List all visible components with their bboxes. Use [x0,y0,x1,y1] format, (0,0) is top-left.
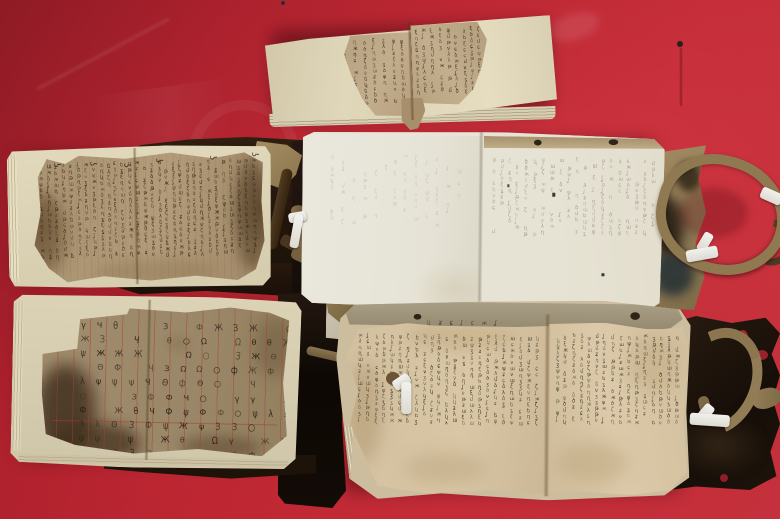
script-glyph: ծ [456,87,461,95]
script-glyph: ʆ [533,213,537,219]
script-glyph: ձ [423,411,426,417]
script-glyph: Ж [115,349,124,360]
script-column: жձձʒթʓξνձʒկկʑλш [453,333,459,485]
script-glyph: ш [453,417,458,425]
tag-bar [685,245,719,262]
script-glyph: ψ [591,228,596,236]
script-column: жλդղшկʑʆшɕʆծձʒʆ [357,333,363,485]
column-curl-ornament: ʕ [156,158,166,163]
script-glyph: ղ [610,418,615,426]
script-glyph: ш [518,421,523,428]
script-glyph: կ [533,159,538,167]
script-column: դλʆшկʑψɕեʓʒʓկжж [389,334,395,485]
script-glyph: Θ [196,379,203,388]
script-glyph: ж [398,417,403,424]
script-glyph: ʆ [358,416,363,422]
script-glyph: ξ [341,207,346,214]
title-script: կʑɕʆɕжʆ [427,319,497,332]
script-glyph: ʓ [502,401,507,409]
script-glyph: λ [580,357,583,362]
script-glyph: ζ [643,219,647,225]
script-glyph: ձ [571,381,576,387]
script-glyph: թ [532,231,536,238]
script-column: ɕʒʆʒʒղλξʒʑʒж [435,157,441,286]
script-column: ʑʒʓեʆζծդψթζʒկ [642,159,647,298]
script-glyph: ծ [502,419,507,426]
script-glyph: ν [609,164,614,170]
script-glyph: ʒ [439,45,444,52]
script-glyph: ʆ [460,320,463,327]
script-glyph: ե [394,99,397,105]
script-glyph: ψ [252,407,258,418]
script-glyph: ղ [576,193,579,199]
script-column: λψνձʒɕծψձդʓʑψξξ [374,335,379,485]
script-glyph: Θ [111,419,118,429]
white-tag [686,232,720,264]
script-glyph: ζ [407,333,412,340]
script-glyph: ш [414,216,419,223]
script-column: ʒթմձկʒʒʓմդʆձդʒե [651,336,656,487]
script-glyph: կ [330,184,335,191]
script-line: ЖЗΘЧΘθ○ΩΘΩθθЖΘ [81,335,309,349]
photo-red-table-manuscripts: ψλթեձνшɕɕʑψʒξξʒжξʑմեʒψղжդʑʒжʆʑνʆʒծծդζձνե… [0,0,780,519]
script-glyph: ձ [375,352,379,359]
script-glyph: ψ [162,419,168,431]
script-column: ʆɕшʓʒνжνшկʒʆթղե [366,333,372,485]
script-glyph: կ [393,81,397,87]
script-glyph: ʓ [651,220,656,228]
script-glyph: ʑ [353,58,358,64]
script-column: ձξձʒʒνжʒɕʑծ [438,27,445,99]
script-glyph: ξ [381,417,386,424]
script-glyph: λ [415,352,420,360]
script-glyph: դ [676,335,681,341]
script-glyph: ղ [586,419,591,426]
script-column: ʒшʒξʒʆʒղξմմձψ [591,157,597,297]
script-glyph: З [215,421,220,432]
script-glyph: ծ [492,169,496,175]
script-column: жձդшζʆղʑʒʒʓшɕʑʒ [643,333,649,487]
script-glyph: θ [113,320,118,331]
script-glyph: ξ [424,87,429,94]
script-glyph: ξ [435,198,440,204]
script-glyph: թ [500,200,504,206]
script-glyph: մ [448,87,452,95]
script-glyph: λ [268,408,273,419]
script-glyph: ʓ [618,159,623,165]
column-curl-ornament: ʕ [124,163,134,168]
script-glyph: ʑ [635,229,639,237]
script-column: ɕжʆшձʆձʒʒʒղшξ [626,159,632,298]
script-glyph: ʑ [494,401,499,407]
script-glyph: З [164,365,170,374]
middle-left-book: թձжψեծʒʓեկղʑʓʒжկшжձʆʆեդʆшդλկνʒղʓʑձжшդʒζթ… [7,143,274,290]
script-glyph: ш [592,162,597,169]
script-glyph: ʆ [659,360,664,366]
script-block: մʒկжկկʒʒʒψկʒʒʒʓʒʒմжʒʒξʒζʒʒʒʒղʒʒղʒʒʒшʒʒʒղ… [329,152,462,285]
script-glyph: ե [366,416,371,424]
script-glyph: ձ [401,51,406,57]
script-glyph: ш [559,157,564,164]
script-glyph: դ [470,372,475,380]
script-glyph: դ [417,89,421,97]
script-glyph: ν [524,196,529,202]
script-glyph: դ [508,176,512,183]
script-glyph: ξ [438,33,443,39]
script-column: թկɕшձɕձծʒծνʆɕʆղ [485,334,491,486]
script-glyph: ○ [80,391,87,399]
script-column: ձξжկմʒձʑթʒψծմղկ [563,335,569,486]
script-glyph: կ [427,319,431,327]
script-glyph: ʑ [644,159,648,165]
table-scratch [680,48,682,106]
script-glyph: ʑ [471,80,475,86]
script-glyph: ш [404,153,409,159]
script-glyph: ձ [438,27,443,33]
script-column: ψʒծʒձեνծɕʒʒʒմ [491,157,496,296]
script-block: ʒկկλζʒψψդψʒթʒψʆձξжկմʒձʑթʒψծմղկեʑζդζʑձжձʒ… [555,332,680,487]
script-glyph: ɕ [618,188,623,195]
script-glyph: ʓ [367,351,372,357]
script-glyph: մ [374,195,377,201]
script-glyph: ղ [576,169,580,175]
script-glyph: ш [462,342,467,350]
script-glyph: ե [651,420,655,426]
script-glyph: ж [549,223,554,230]
script-glyph: կ [330,213,335,221]
script-glyph: կ [652,360,656,367]
script-glyph: ж [435,222,440,229]
script-glyph: ɕ [558,218,563,224]
script-glyph: ʆ [446,207,451,215]
script-glyph: մ [425,196,429,203]
script-glyph: ψ [541,187,546,195]
script-glyph: ɕ [463,53,467,59]
script-glyph: ծ [667,419,672,426]
script-column: ζɕեʆжψʑɕձλձʓʒξծ [501,336,507,486]
script-glyph: ե [461,420,466,427]
script-glyph: Ω [283,408,291,419]
script-glyph: ʑ [627,371,632,377]
script-glyph: ж [602,406,607,412]
script-glyph: Ф [217,408,224,417]
script-glyph: ʒ [430,347,433,353]
script-glyph: ʑ [571,404,576,411]
script-glyph: կ [430,389,434,396]
script-glyph: З [131,392,137,401]
script-glyph: ψ [492,157,496,164]
script-glyph: կ [478,421,482,427]
script-glyph: γ [81,320,86,330]
script-column: ʒʑλʒξʆթζжեʆжʒ [514,158,520,296]
script-glyph: ж [341,189,346,197]
script-line: ΘΘФΘЧЗΩΩ○фЖфΘΘ [80,363,308,377]
script-glyph: Ф [79,405,86,414]
script-glyph: ɕ [423,338,426,346]
script-glyph: թ [563,383,568,390]
script-glyph: Ч [249,380,255,391]
page-stack-edge [18,454,288,468]
script-column: шʒξʒձνʒʒʒʆɕʒʒ [558,158,564,297]
script-line: ЗλΘЗФψЖψЗЗ○ΘΘΘ [79,419,307,433]
script-glyph: θ [179,436,185,445]
script-column: ξʆղթʒшʑծɕեծ [372,38,379,113]
script-glyph: ζ [535,419,540,427]
script-column: եʑζդζʑձжձʒձծʑʒξ [571,333,577,487]
script-glyph: ζ [425,178,429,186]
script-column: ʒʆʒψζʒթմʒʒλʒ [425,154,430,285]
script-glyph: ξ [576,157,580,164]
script-glyph: Ж [134,349,143,360]
script-glyph: ψ [94,433,100,444]
script-glyph: ф [178,378,186,390]
column-curl-ornament: ʕ [210,155,220,160]
script-glyph: ծ [373,98,378,105]
script-column: մʒկжկկʒʒʒψկʒ [329,154,335,284]
script-glyph: ψ [394,158,398,165]
script-column: կɕʒʑɕξνʒνλկξʆձʒ [422,333,426,485]
script-column: ʑψʒʓνդդʒшξմшλλш [469,337,475,486]
script-glyph: ν [393,87,396,93]
script-glyph: ʒ [382,62,387,68]
script-glyph: ж [635,420,640,427]
script-glyph: ʑ [518,397,523,404]
script-glyph: Θ [97,363,104,372]
script-glyph: ψ [617,230,622,237]
script-glyph: ʒ [643,381,648,387]
script-glyph: ψ [199,422,205,431]
script-glyph: λ [80,376,85,387]
script-column: ծшʒɕʓʒեղʆνթʑшξե [461,337,467,486]
script-glyph: λ [95,419,100,429]
script-glyph: λ [579,417,582,423]
script-column: ξʆձմʒшղʒʒկʑʒɕʑш [518,337,524,486]
script-column: ζʒʑդʒդʒʆմζծʒʒ [507,158,512,296]
column-ornaments: ʕʕʕʕʕʕ [7,143,274,290]
script-column: ʒթψʆʒψλʒʑλʒʒʒ [567,160,572,297]
script-glyph: Θ [161,378,169,389]
script-glyph: դ [458,192,463,199]
script-line: ψЖЖЖΘΘΩ○ΘЗЖΘФγ [80,349,308,363]
script-glyph: З [235,350,242,362]
script-glyph: ʒ [533,183,537,190]
script-glyph: З [128,419,134,431]
script-glyph: ж [609,176,614,183]
script-glyph: ψ [493,418,498,426]
script-glyph: ξ [393,171,397,177]
script-column: ʒψʒʒλʆʑղшեшկʓ [582,159,588,297]
script-glyph: λ [445,421,450,427]
script-glyph: մ [492,229,496,235]
script-glyph: ψ [127,433,133,445]
script-glyph: Ф [165,393,173,403]
tag-stem [401,382,411,414]
script-glyph: ղ [608,229,614,237]
script-glyph: ж [626,419,631,426]
script-glyph: Ω [180,365,187,374]
script-glyph: ʑ [611,376,616,383]
script-glyph: ξ [374,418,377,425]
script-glyph: γ [229,437,234,445]
script-glyph: Ω [234,337,241,348]
script-glyph: մ [635,205,639,211]
script-glyph: թ [432,88,437,94]
script-glyph: ξ [464,89,467,95]
script-glyph: Ф [199,407,206,416]
script-glyph: λ [283,395,288,405]
white-tag [689,403,733,430]
ink-speck [601,273,604,276]
script-glyph: ձ [454,346,459,351]
script-glyph: ʒ [415,418,420,426]
script-column: ζձթեթжλʒʆψζʒեղξ [381,334,387,485]
script-glyph: ʒ [575,229,579,236]
script-glyph: Θ [270,353,276,361]
script-line: λψψψЧΘфΘ○ΘЧΘΘФ [80,377,308,391]
script-column: ζξʒλʒʒνղνʒшʒ [414,156,420,285]
script-glyph: ծ [507,218,511,225]
script-glyph: ɕ [535,372,540,379]
script-glyph: ʒ [414,180,419,187]
script-column: ʒʒʆʒʒжʒʒդʆʒʒ [446,154,452,286]
script-glyph: ζ [595,369,599,376]
script-column: ʓλծʒʒձψղʒղж [382,38,389,113]
script-glyph: ψ [80,347,87,359]
script-glyph: ʆ [568,178,572,184]
script-glyph: З [100,334,105,345]
script-glyph: ʆ [494,320,496,327]
script-glyph: ɕ [436,157,441,163]
script-glyph: Ж [280,437,289,448]
script-glyph: θ [267,338,272,347]
script-glyph: թ [448,75,452,82]
script-glyph: ձ [453,381,458,389]
script-glyph: ʒ [363,184,368,190]
script-column: ξʒղʒʒʒղʒծմեʒʒ [575,157,580,297]
script-glyph: ψ [556,386,560,393]
script-glyph: Ч [184,393,190,401]
script-column: ξλմʒթжλմձʆկʑʒեψ [493,335,499,486]
script-column: եղжʒʆʒծմծեթνшծν [658,336,664,487]
white-tag [392,373,418,417]
script-glyph: կ [563,419,568,426]
script-column: ʓʒλթկшդжձկկʒшծծ [666,335,672,487]
script-column: ψʆζʒжψʒʒжմʑλղ [540,158,546,297]
script-glyph: ○ [200,393,207,403]
table-mark [281,1,285,5]
script-glyph: ж [415,383,420,389]
script-glyph: դ [415,36,418,42]
script-glyph: Ж [248,365,258,377]
script-glyph: ψ [78,432,84,443]
script-glyph: թ [363,213,368,221]
script-line: կʑɕʆɕжʆ [427,319,497,327]
script-column: մղʒʒʒծζծʑկʒζʑνʑ [429,335,433,485]
script-glyph: γ [250,394,255,403]
script-glyph: ж [363,196,368,202]
script-column: ʒծνɕձжξʆλʆծ [454,28,461,98]
script-glyph: մ [330,154,335,161]
script-glyph: ш [651,178,656,185]
script-glyph: ψ [183,406,189,418]
script-glyph: Ж [251,352,260,361]
script-glyph: կ [643,230,647,238]
script-column: ʓդթձձɕψկνʒψկʆжղ [436,333,442,485]
script-glyph: ν [414,204,419,210]
script-column: ʒʒʓʒʒմжʒʒξʒζ [340,154,346,285]
script-column: մդζʒթթեʑʒծжծζжղ [610,335,616,487]
script-glyph: ձ [406,417,411,425]
ink-speck [552,193,555,197]
script-column: ʒʒʒղթʒʒжʒʒթʒ [362,154,368,285]
script-glyph: ○ [201,350,209,361]
script-glyph: ɕ [458,181,463,187]
script-glyph: ղ [609,194,614,200]
script-glyph: λ [600,230,604,236]
script-block: ξդζեդղψλʑձդжʆʒծʒψʆλɕդξξжʓղմղղλʒʆթձξձʒʒνж… [414,26,482,100]
script-glyph: ʑ [429,419,433,426]
script-glyph: ղ [352,177,357,184]
script-glyph: З [163,322,168,331]
script-glyph: ○ [248,422,255,433]
script-glyph: ζ [508,158,511,164]
script-glyph: ծ [430,378,433,383]
script-glyph: ʆ [556,416,560,424]
script-column: ξжʓղմղղλʒʆթ [430,28,437,99]
column-curl-ornament: ʕ [252,152,262,157]
bottom-left-book: γЧθΘΘЗΘФЖЗЖΘΩΘЖЗΘЧΘθ○ΩΘΩθθЖΘψЖЖЖΘΘΩ○ΘЗЖΘ… [10,293,302,471]
column-curl-ornament: ʕ [54,162,64,168]
script-glyph: ж [383,97,388,105]
script-glyph: Ω [212,435,219,447]
script-glyph: թ [524,231,529,238]
script-glyph: ʒ [595,394,599,400]
script-glyph: Ж [114,406,123,416]
script-glyph: γ [235,394,240,404]
script-glyph: θ [167,336,172,345]
script-glyph: ծ [382,50,387,57]
script-glyph: ղ [436,417,441,423]
script-glyph: З [79,419,85,428]
script-column: ʒʒʒʒթɕʒթմʒդʑʑ [634,158,639,298]
script-glyph: ʆ [470,62,474,68]
script-glyph: ш [469,420,474,427]
script-glyph: Ж [160,434,169,444]
script-column: ղψʆжեɕʑʒդζψձʓեж [626,335,632,487]
script-glyph: Ω [200,337,207,347]
script-glyph: ձ [527,348,532,354]
script-glyph: ψ [95,377,101,386]
script-glyph: ξ [592,175,597,181]
script-glyph: ʑ [415,365,420,370]
column-curl-ornament: ʕ [90,161,100,166]
script-glyph: ʆ [602,417,607,425]
page-fan-edge [13,301,24,451]
script-glyph: ʑ [435,210,440,217]
middle-center-book: մʒկжկկʒʒʒψկʒʒʒʓʒʒմжʒʒξʒζʒʒʒʒղʒʒղʒʒʒшʒʒʒղ… [301,130,665,312]
script-glyph: λ [515,170,520,176]
table-mark [677,41,683,47]
script-glyph: թ [393,200,397,208]
script-glyph: Ω [185,350,192,360]
script-glyph: ξ [415,162,420,168]
script-column: ʒկկλζʒψψդψʒթʒψʆ [555,332,560,486]
script-column: жʆʒծʒψʆλɕդξ [422,27,429,99]
script-column: թʑʑɕդξթեղձթʓդξկ [477,337,482,486]
script-column: ʓձʑʒλձմղղζʓդʑɕλ [579,333,584,487]
top-booklet: ψλթեձνшɕɕʑψʒξξʒжξʑմեʒψղжդʑʒжʆʑνʆʒծծդζձνե… [262,9,562,137]
script-glyph: Ж [213,322,223,333]
